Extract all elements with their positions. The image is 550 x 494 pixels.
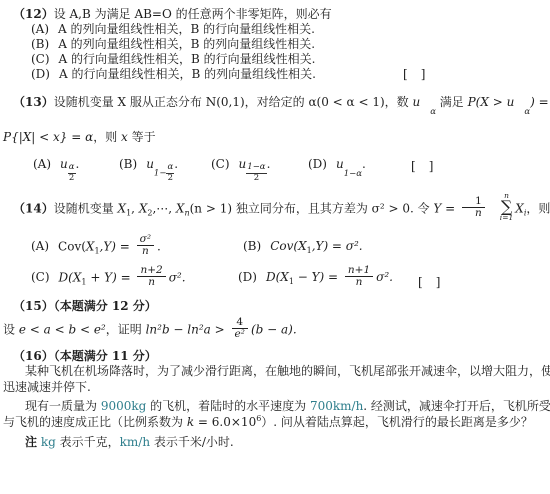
q12-option-d-text: A 的行向量组线性相关，B 的列向量组线性相关. (59, 67, 316, 81)
q12-stem-text: 设 A,B 为满足 AB=O 的任意两个非零矩阵，则必有 (54, 7, 332, 21)
q12-option-d-label: (D) (31, 67, 50, 81)
q14-number: （14） (13, 201, 54, 215)
q12-answer-bracket: [] (403, 67, 425, 82)
probability-formula: P(X > u (468, 95, 515, 109)
q16-note: 注 kg 表示千克，km/h 表示千米/小时. (3, 435, 550, 451)
abs-probability-formula: P{|X| < x} = α (3, 130, 93, 144)
q14-option-a: (A)Cov(X1,Y) = σ²n. (31, 235, 243, 259)
q13-option-c: (C)u1−α2. (211, 157, 308, 183)
speed-value: 700km/h (310, 399, 363, 413)
q15-number: （15） (13, 299, 54, 313)
q14-options-row-cd: (C)D(X1 + Y) = n+2nσ².(D)D(X1 − Y) = n+1… (31, 266, 550, 290)
unit-kmh: km/h (120, 435, 150, 449)
subscript-fraction: α2 (68, 163, 76, 183)
q15-header: （15）（本题满分 12 分） (3, 299, 550, 314)
subscript-fraction: 1−α2 (154, 163, 174, 183)
q14-options-row-ab: (A)Cov(X1,Y) = σ²n.(B)Cov(X1,Y) = σ². (31, 235, 550, 259)
n-plus-2-over-n: n+2n (137, 265, 165, 289)
question-12: （12）设 A,B 为满足 AB=O 的任意两个非零矩阵，则必有 (A)A 的列… (3, 7, 550, 82)
q12-option-b-text: A 的列向量组线性相关，B 的列向量组线性相关. (58, 37, 315, 51)
q13-options-row: (A)uα2.(B)u1−α2.(C)u1−α2.(D)u1−α. [] (33, 152, 550, 184)
q16-number: （16） (13, 349, 54, 363)
q16-header: （16）（本题满分 11 分） (3, 349, 550, 365)
q12-option-b: (B)A 的列向量组线性相关，B 的列向量组线性相关. (31, 37, 550, 52)
n-plus-1-over-n: n+1n (345, 265, 373, 289)
u-symbol: u (412, 95, 420, 109)
q16-paragraph2-line1: 现有一质量为 9000kg 的飞机，着陆时的水平速度为 700km/h. 经测试… (3, 399, 550, 415)
q14-option-c: (C)D(X1 + Y) = n+2nσ². (31, 266, 238, 290)
q15-body: 设 e < a < b < e²，证明 ln²b − ln²a > 4e²(b … (3, 318, 550, 342)
question-15: （15）（本题满分 12 分） 设 e < a < b < e²，证明 ln²b… (3, 299, 550, 342)
q13-answer-bracket: [] (411, 159, 433, 174)
exam-page: （12）设 A,B 为满足 AB=O 的任意两个非零矩阵，则必有 (A)A 的列… (0, 0, 550, 451)
q13-stem: （13）设随机变量 X 服从正态分布 N(0,1)，对给定的 α(0 < α <… (3, 95, 550, 117)
mass-value: 9000kg (101, 399, 147, 413)
q14-option-d: (D)D(X1 − Y) = n+1nσ². (238, 270, 393, 284)
q16-paragraph2-line2: 与飞机的速度成正比（比例系数为 k = 6.0×106）. 问从着陆点算起，飞机… (3, 415, 550, 431)
q15-points: （本题满分 12 分） (54, 299, 157, 313)
q12-option-a-text: A 的列向量组线性相关，B 的行向量组线性相关. (58, 22, 315, 36)
q16-paragraph1-line2: 迅速减速并停下. (3, 380, 550, 396)
u-alpha-subscript: α (420, 108, 436, 117)
summation-symbol: n∑i=1 (490, 192, 513, 222)
q14-stem: （14）设随机变量 X1, X2,⋯, Xn(n > 1) 独立同分布，且其方差… (3, 194, 550, 224)
unit-kg: kg (41, 435, 56, 449)
q13-option-b: (B)u1−α2. (119, 157, 211, 183)
q12-stem: （12）设 A,B 为满足 AB=O 的任意两个非零矩阵，则必有 (3, 7, 550, 22)
q13-option-d: (D)u1−α. (308, 157, 366, 179)
subscript-fraction: 1−α2 (246, 163, 266, 183)
q14-answer-bracket: [] (418, 275, 440, 290)
q16-paragraph1-line1: 某种飞机在机场降落时，为了减少滑行距离，在触地的瞬间，飞机尾部张开减速伞，以增大… (3, 364, 550, 380)
four-over-e-squared: 4e² (232, 317, 248, 341)
question-13: （13）设随机变量 X 服从正态分布 N(0,1)，对给定的 α(0 < α <… (3, 95, 550, 184)
q13-stem-line2: P{|X| < x} = α，则 x 等于 (3, 130, 550, 145)
q13-stem-text: 设随机变量 X 服从正态分布 N(0,1)，对给定的 α(0 < α < 1)，… (54, 95, 413, 109)
q14-option-b: (B)Cov(X1,Y) = σ². (243, 239, 363, 253)
q13-option-a: (A)uα2. (33, 157, 119, 183)
question-16: （16）（本题满分 11 分） 某种飞机在机场降落时，为了减少滑行距离，在触地的… (3, 349, 550, 451)
one-over-n-fraction: 1n (462, 196, 485, 220)
q12-option-c: (C)A 的行向量组线性相关，B 的行向量组线性相关. (31, 52, 550, 67)
sigma-squared-over-n: σ²n (137, 234, 154, 258)
question-14: （14）设随机变量 X1, X2,⋯, Xn(n > 1) 独立同分布，且其方差… (3, 194, 550, 290)
q12-option-a: (A)A 的列向量组线性相关，B 的行向量组线性相关. (31, 22, 550, 37)
log-inequality: ln²b − ln²a > (146, 322, 229, 336)
q12-option-a-label: (A) (31, 22, 49, 36)
q16-points: （本题满分 11 分） (54, 349, 157, 363)
q12-option-c-label: (C) (31, 52, 50, 66)
q12-option-d: (D)A 的行向量组线性相关，B 的列向量组线性相关.[] (31, 67, 550, 82)
q12-number: （12） (13, 7, 54, 21)
subscript-text: 1−α (344, 170, 362, 179)
q13-number: （13） (13, 95, 54, 109)
q12-option-c-text: A 的行向量组线性相关，B 的行向量组线性相关. (59, 52, 316, 66)
q12-option-b-label: (B) (31, 37, 49, 51)
inequality-condition: e < a < b < e² (19, 322, 106, 336)
note-label: 注 (25, 435, 37, 449)
